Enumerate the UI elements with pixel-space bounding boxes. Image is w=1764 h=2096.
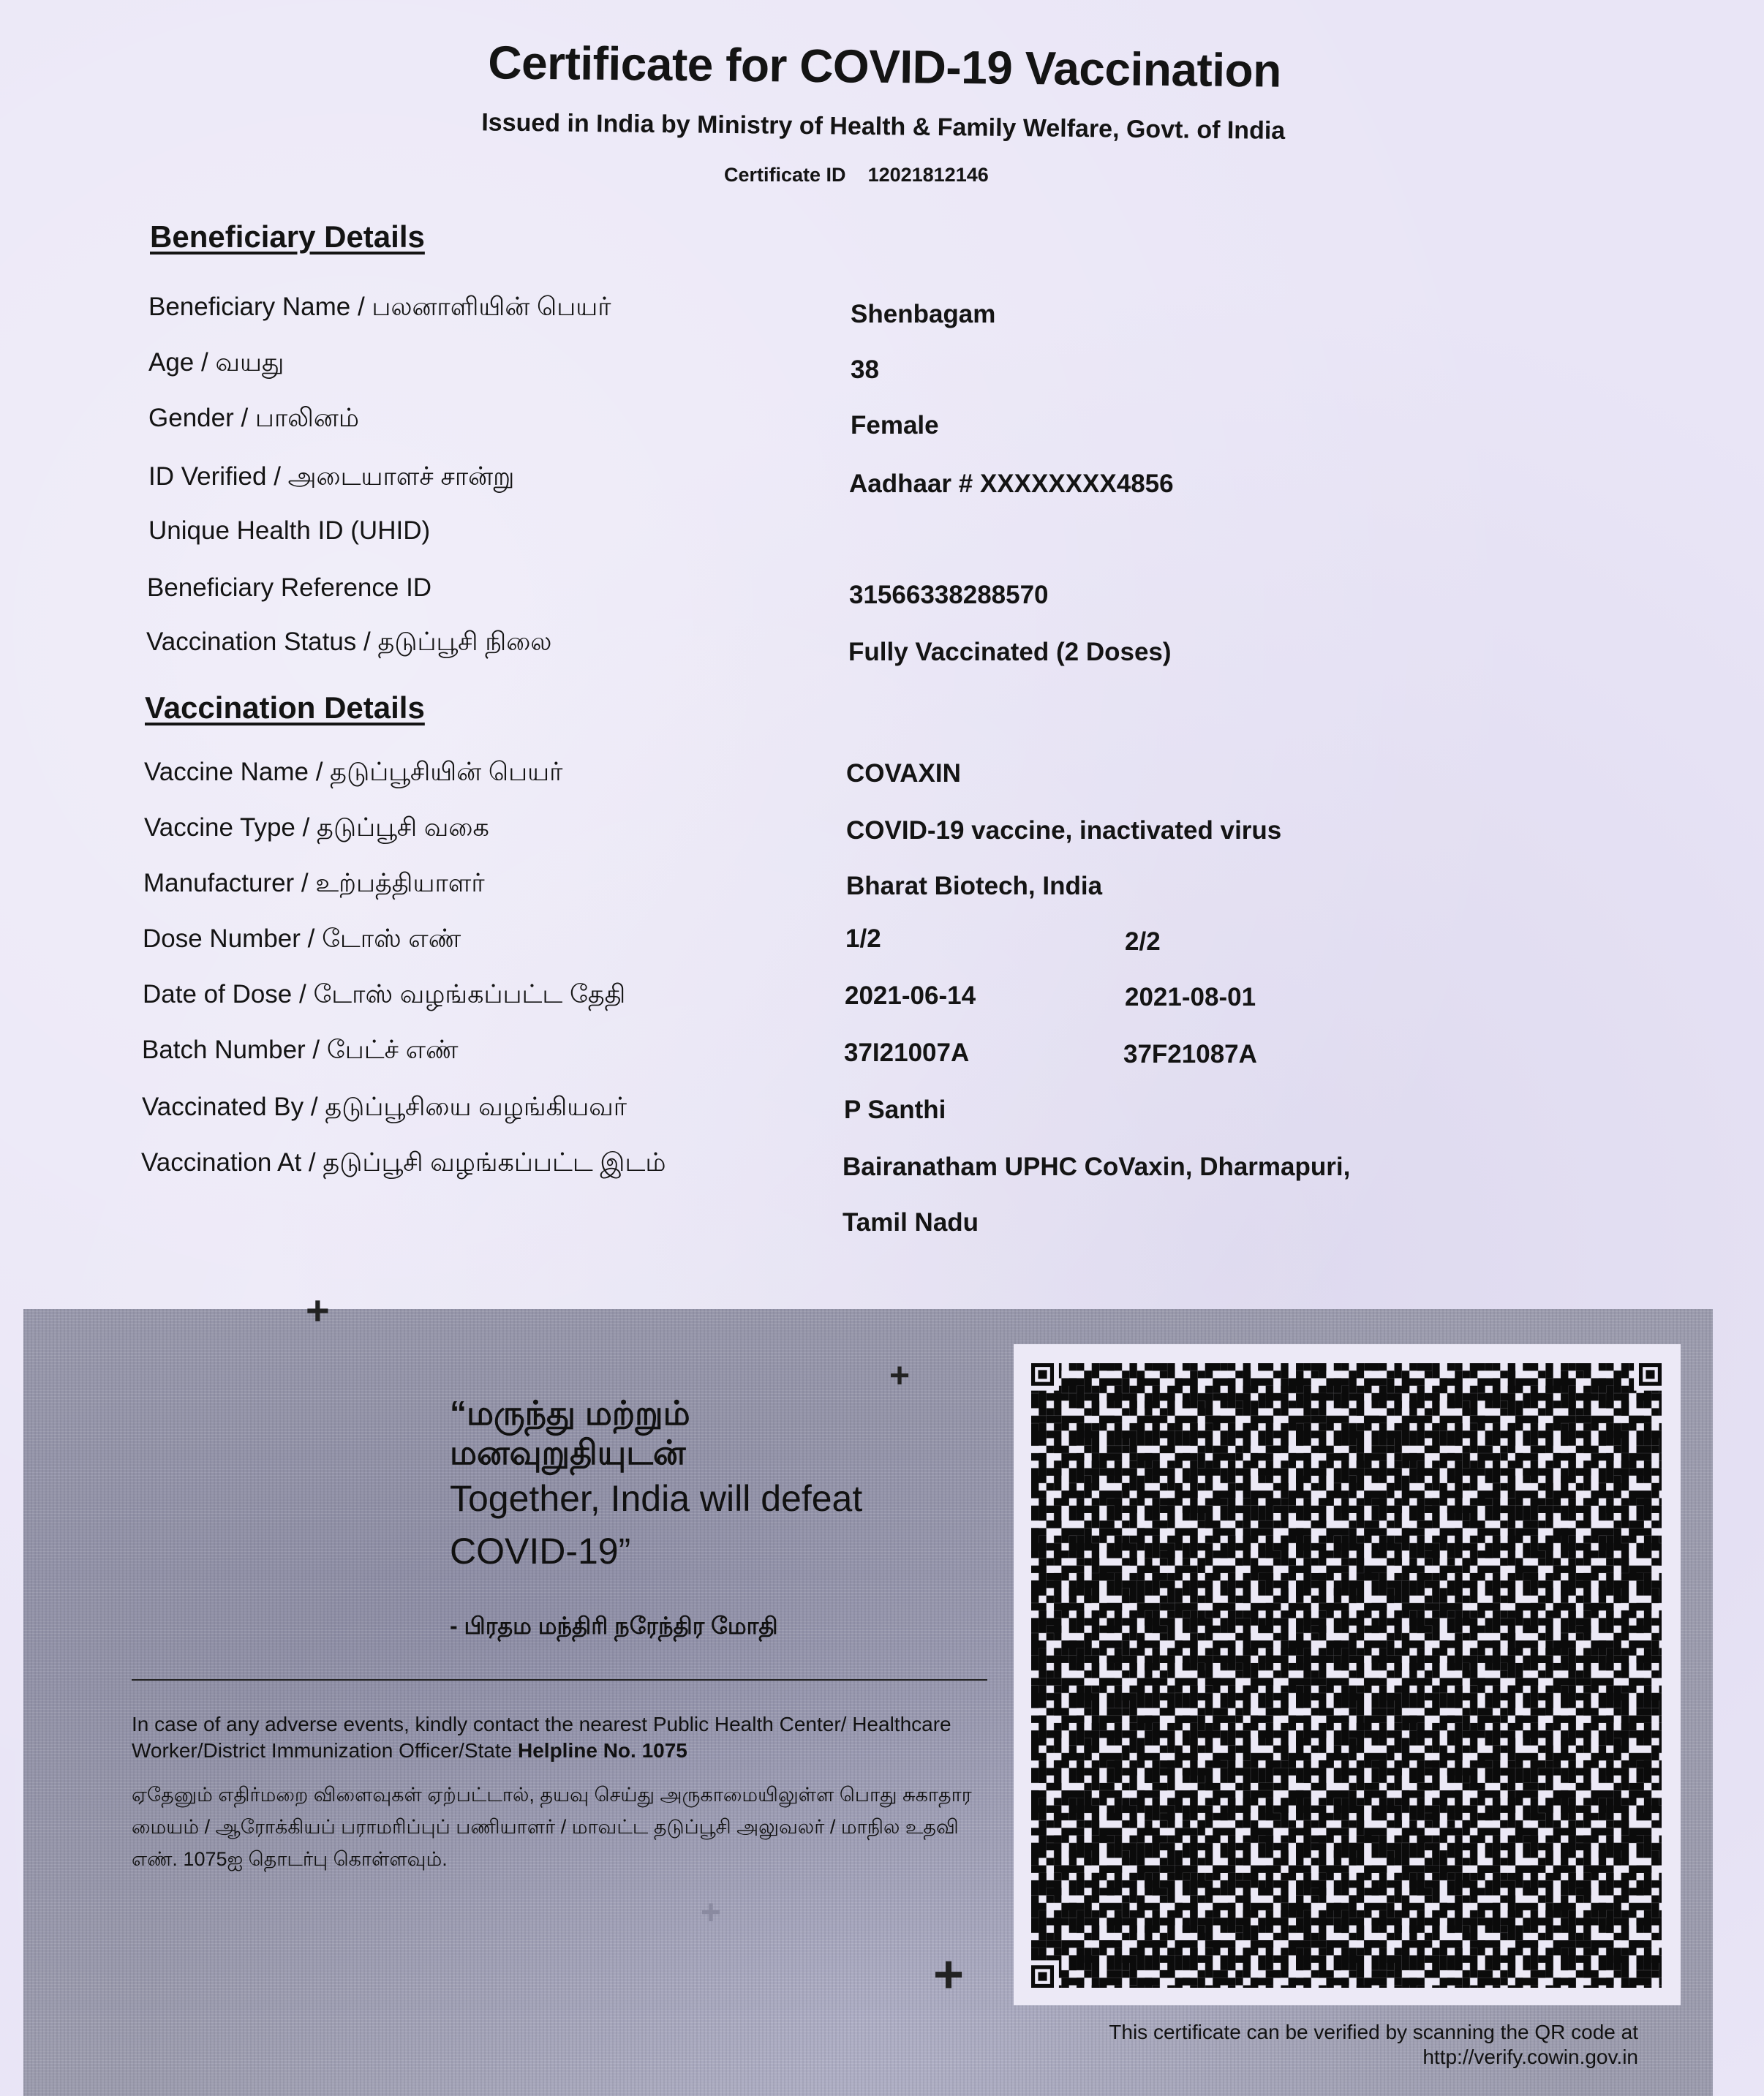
quote-attribution: - பிரதம மந்திரி நரேந்திர மோதி [450, 1613, 778, 1643]
manufacturer-value: Bharat Biotech, India [846, 872, 1102, 901]
certificate-id-value: 12021812146 [868, 164, 989, 186]
gender-value: Female [851, 411, 939, 440]
vaccinated-by-value: P Santhi [844, 1096, 946, 1125]
dose-number-2-value: 2/2 [1125, 927, 1161, 957]
quote-english-line2: COVID-19” [450, 1525, 976, 1577]
verify-note: This certificate can be verified by scan… [1109, 2020, 1638, 2070]
dose-2-date-value: 2021-08-01 [1125, 983, 1256, 1012]
row-label: Gender / பாலினம் [148, 404, 359, 436]
quote-tamil-line2: மனவுறுதியுடன் [450, 1433, 976, 1472]
row-label: ID Verified / அடையாளச் சான்று [148, 462, 514, 494]
pm-quote: “மருந்து மற்றும் மனவுறுதியுடன் Together,… [450, 1393, 976, 1577]
dose-number-1-value: 1/2 [845, 924, 881, 954]
row-label: Vaccination Status / தடுப்பூசி நிலை [146, 627, 551, 660]
vaccine-name-value: COVAXIN [846, 759, 961, 788]
row-label: Dose Number / டோஸ் எண் [143, 924, 461, 957]
vaccination-status-value: Fully Vaccinated (2 Doses) [848, 638, 1172, 667]
footer-divider [132, 1679, 987, 1681]
qr-code-box [1014, 1344, 1681, 2005]
dose-1-date-value: 2021-06-14 [845, 981, 976, 1011]
vaccination-at-value: Bairanatham UPHC CoVaxin, Dharmapuri, [843, 1153, 1350, 1182]
helpline-number: Helpline No. 1075 [518, 1739, 687, 1762]
certificate-subtitle: Issued in India by Ministry of Health & … [452, 108, 1315, 146]
verify-text: This certificate can be verified by scan… [1109, 2020, 1638, 2045]
adverse-events-english: In case of any adverse events, kindly co… [132, 1711, 973, 1764]
beneficiary-heading: Beneficiary Details [150, 219, 425, 255]
registration-crosshair-icon: + [889, 1359, 910, 1394]
adverse-events-tamil: ஏதேனும் எதிர்மறை விளைவுகள் ஏற்பட்டால், த… [132, 1779, 973, 1875]
vaccine-type-value: COVID-19 vaccine, inactivated virus [846, 816, 1281, 845]
dose-2-batch-value: 37F21087A [1123, 1040, 1257, 1069]
quote-english-line1: Together, India will defeat [450, 1472, 976, 1525]
quote-tamil-line1: “மருந்து மற்றும் [450, 1393, 976, 1433]
certificate-id-label: Certificate ID [724, 164, 846, 186]
row-label: Vaccine Type / தடுப்பூசி வகை [144, 813, 489, 845]
row-label: Vaccinated By / தடுப்பூசியை வழங்கியவர் [142, 1093, 627, 1125]
age-value: 38 [851, 355, 879, 385]
registration-crosshair-icon: + [701, 1896, 721, 1931]
row-label: Batch Number / பேட்ச் எண் [142, 1036, 459, 1068]
reference-id-value: 31566338288570 [849, 581, 1049, 610]
beneficiary-name-value: Shenbagam [851, 300, 995, 329]
registration-crosshair-icon: + [306, 1290, 330, 1331]
row-label: Unique Health ID (UHID) [148, 516, 430, 546]
vaccination-heading: Vaccination Details [145, 690, 425, 725]
qr-code-icon [1031, 1363, 1662, 1988]
row-label: Date of Dose / டோஸ் வழங்கப்பட்ட தேதி [143, 980, 625, 1012]
dose-1-batch-value: 37I21007A [844, 1038, 969, 1068]
row-label: Vaccine Name / தடுப்பூசியின் பெயர் [144, 758, 562, 790]
row-label: Beneficiary Reference ID [147, 573, 431, 603]
row-label: Vaccination At / தடுப்பூசி வழங்கப்பட்ட இ… [141, 1148, 666, 1180]
vaccination-at-value-line2: Tamil Nadu [843, 1208, 979, 1237]
row-label: Manufacturer / உற்பத்தியாளர் [143, 869, 485, 901]
id-verified-value: Aadhaar # XXXXXXXX4856 [849, 470, 1174, 499]
certificate-title: Certificate for COVID-19 Vaccination [467, 35, 1302, 98]
row-label: Age / வயது [148, 348, 284, 380]
verify-url-link[interactable]: http://verify.cowin.gov.in [1109, 2045, 1638, 2070]
certificate-id: Certificate ID12021812146 [724, 164, 989, 186]
registration-crosshair-icon: + [933, 1948, 964, 2001]
row-label: Beneficiary Name / பலனாளியின் பெயர் [148, 293, 611, 325]
